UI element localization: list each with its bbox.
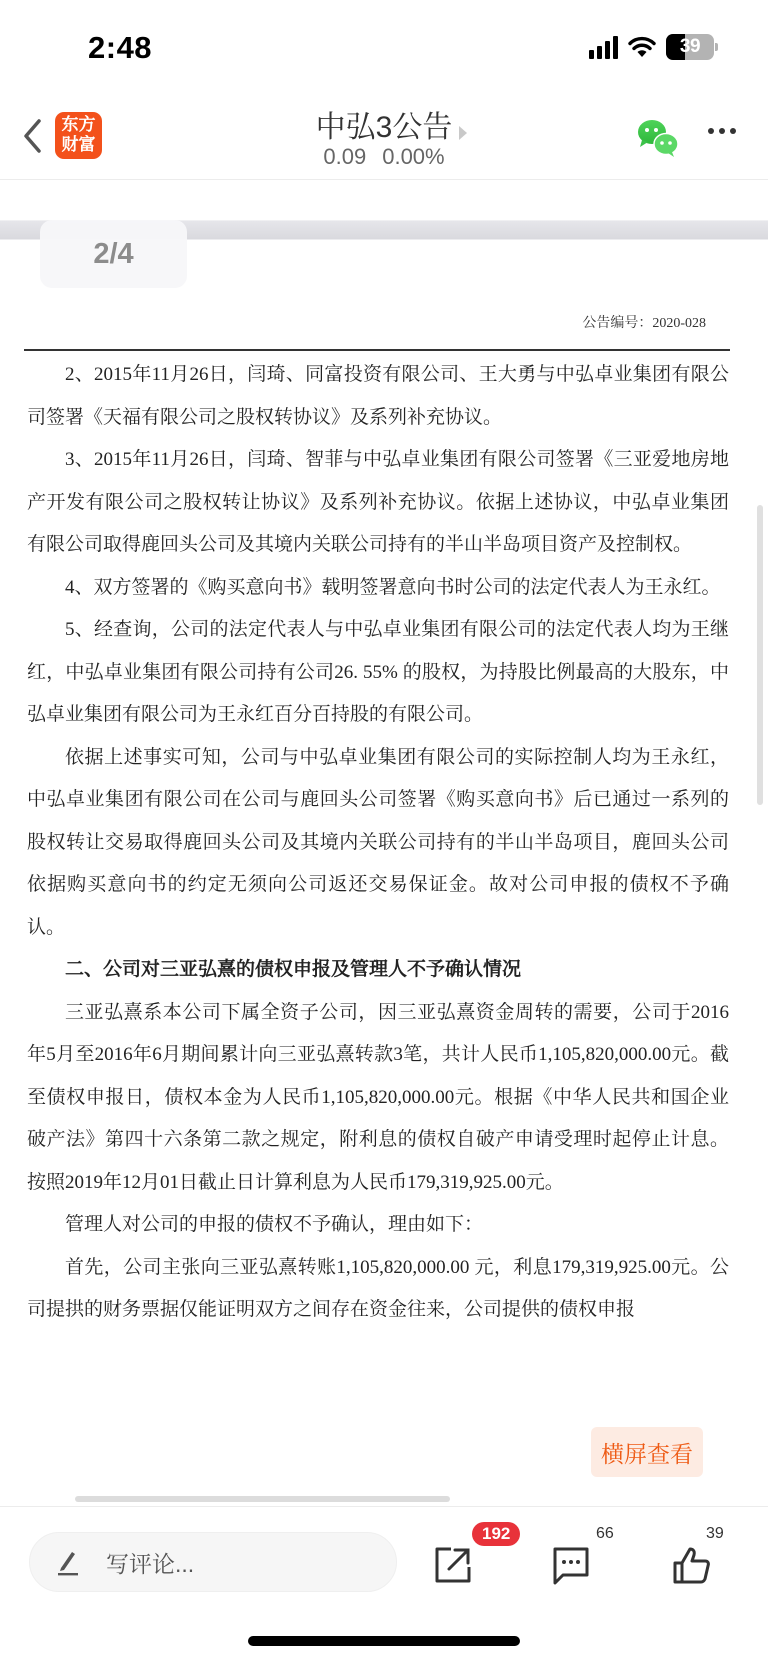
status-time: 2:48 xyxy=(88,30,152,66)
comment-placeholder: 写评论... xyxy=(106,1546,194,1579)
vertical-scrollbar[interactable] xyxy=(757,505,763,805)
status-bar: 2:48 39 xyxy=(0,0,768,100)
paragraph: 3、2015年11月26日，闫琦、智菲与中弘卓业集团有限公司签署《三亚爱地房地产… xyxy=(27,439,729,567)
paragraph: 三亚弘熹系本公司下属全资子公司，因三亚弘熹资金周转的需要，公司于2016年5月至… xyxy=(27,992,729,1205)
share-count-badge: 192 xyxy=(472,1522,520,1546)
stock-change: 0.00% xyxy=(382,144,444,169)
comment-input[interactable]: 写评论... xyxy=(29,1532,397,1592)
comment-count: 66 xyxy=(596,1525,614,1543)
nav-bar: 东方 财富 中弘3公告 0.090.00% xyxy=(0,100,768,180)
stock-price: 0.09 xyxy=(323,144,366,169)
header-divider xyxy=(24,349,730,351)
page-indicator: 2/4 xyxy=(40,220,187,288)
status-icons: 39 xyxy=(589,34,718,60)
wifi-icon xyxy=(628,36,656,58)
wechat-share-icon[interactable] xyxy=(636,118,680,158)
cellular-signal-icon xyxy=(589,35,618,59)
document-body: 2、2015年11月26日，闫琦、同富投资有限公司、王大勇与中弘卓业集团有限公司… xyxy=(27,354,729,1332)
paragraph: 4、双方签署的《购买意向书》载明签署意向书时公司的法定代表人为王永红。 xyxy=(27,567,729,610)
paragraph: 管理人对公司的申报的债权不予确认，理由如下： xyxy=(27,1204,729,1247)
pencil-icon xyxy=(56,1548,80,1576)
battery-level: 39 xyxy=(680,36,700,58)
horizontal-scrollbar[interactable] xyxy=(75,1496,450,1502)
announcement-number: 公告编号：2020-028 xyxy=(582,312,706,332)
section-heading: 二、公司对三亚弘熹的债权申报及管理人不予确认情况 xyxy=(27,949,729,992)
thumbs-up-icon[interactable] xyxy=(671,1545,711,1585)
paragraph: 首先，公司主张向三亚弘熹转账1,105,820,000.00 元，利息179,3… xyxy=(27,1247,729,1332)
dot xyxy=(708,128,714,134)
paragraph: 5、经查询，公司的法定代表人与中弘卓业集团有限公司的法定代表人均为王继红，中弘卓… xyxy=(27,609,729,737)
more-options-button[interactable] xyxy=(708,128,736,134)
landscape-view-button[interactable]: 横屏查看 xyxy=(591,1427,703,1477)
share-icon[interactable] xyxy=(433,1545,473,1585)
like-count: 39 xyxy=(706,1525,724,1543)
paragraph: 2、2015年11月26日，闫琦、同富投资有限公司、王大勇与中弘卓业集团有限公司… xyxy=(27,354,729,439)
comment-icon[interactable] xyxy=(551,1545,591,1585)
battery-icon: 39 xyxy=(666,34,718,60)
dot xyxy=(719,128,725,134)
document-viewer[interactable]: 公告编号：2020-028 2、2015年11月26日，闫琦、同富投资有限公司、… xyxy=(0,240,768,1505)
paragraph: 依据上述事实可知，公司与中弘卓业集团有限公司的实际控制人均为王永红，中弘卓业集团… xyxy=(27,737,729,950)
dot xyxy=(730,128,736,134)
home-indicator[interactable] xyxy=(248,1636,520,1646)
caret-right-icon[interactable] xyxy=(459,126,467,140)
